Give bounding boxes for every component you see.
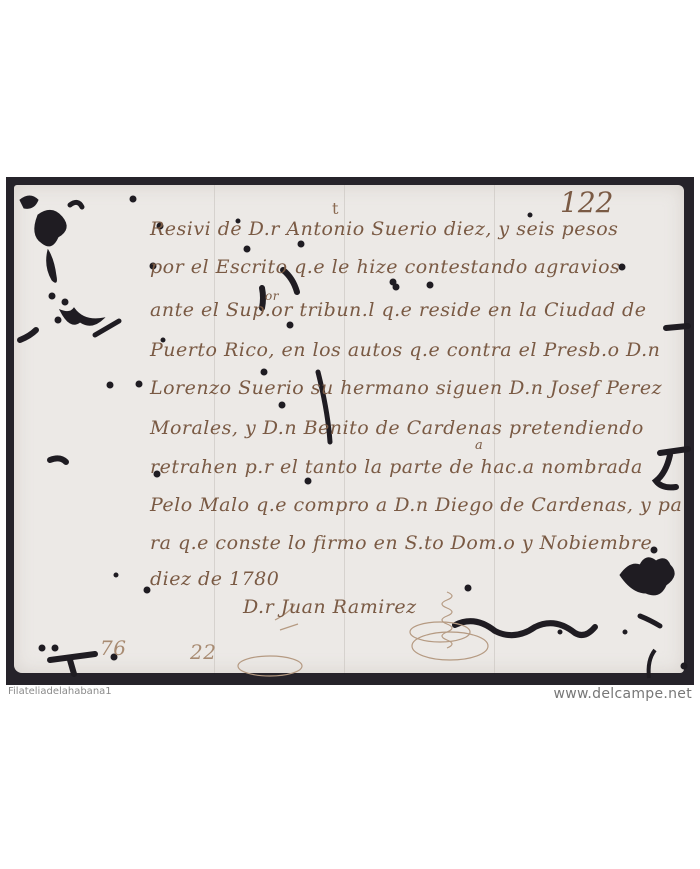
manuscript-line-9: ra q.e conste lo firmo en S.to Dom.o y N… xyxy=(150,532,652,554)
manuscript-line-8: Pelo Malo q.e compro a D.n Diego de Card… xyxy=(150,494,682,516)
manuscript-line-4: Puerto Rico, en los autos q.e contra el … xyxy=(150,339,660,361)
manuscript-line-6: Morales, y D.n Benito de Cardenas preten… xyxy=(150,417,644,439)
marginal-note-22: 22 xyxy=(190,640,216,664)
folio-number: 122 xyxy=(560,186,613,219)
manuscript-line-3: ante el Sup.or tribun.l q.e reside en la… xyxy=(150,299,646,321)
manuscript-line-10: diez de 1780 xyxy=(150,568,279,590)
manuscript-line-7: retrahen p.r el tanto la parte de hac.a … xyxy=(150,456,643,478)
signature: D.r Juan Ramirez xyxy=(243,596,417,618)
cross-mark: t xyxy=(332,199,338,218)
site-watermark: www.delcampe.net xyxy=(553,686,692,702)
manuscript-line-2: por el Escrito q.e le hize contestando a… xyxy=(150,256,620,278)
marginal-note-76: 76 xyxy=(100,636,126,660)
superscript-a: a xyxy=(475,438,483,453)
manuscript-line-5: Lorenzo Suerio su hermano siguen D.n Jos… xyxy=(150,377,662,399)
manuscript-line-1: Resivi de D.r Antonio Suerio diez, y sei… xyxy=(150,218,618,240)
seller-caption: Filateliadelahabana1 xyxy=(8,686,112,697)
